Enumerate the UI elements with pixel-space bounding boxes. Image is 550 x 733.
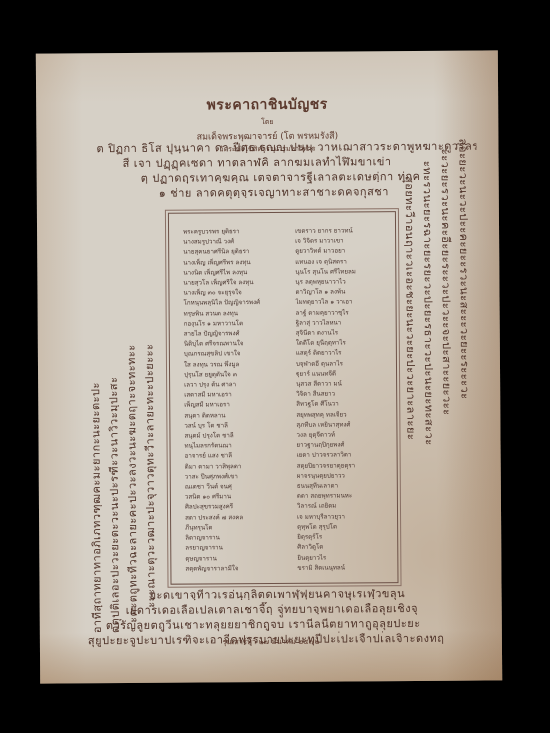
donor-name: สนุดา ติดหลาน bbox=[184, 411, 284, 422]
donor-name: ปุรุนโส ยยูตุตันใจ ๓ bbox=[184, 370, 284, 381]
donor-name: วิลารณ์ เถยิดม bbox=[297, 502, 393, 513]
donor-name: ฐุยาร์ แนนทจีดี bbox=[296, 369, 392, 380]
edition-footer: รุ่นเสาร์ห้า ๒๗ มีนาคม ๒๔๗๒ bbox=[40, 634, 502, 649]
donor-name: แสตุร์ ติดยาวาไร bbox=[296, 349, 392, 360]
border-right-column-1: สุอยทะวีาอนฤาะวเะอะชะยะนะวะยะปะวะยาะลาะย… bbox=[401, 176, 420, 606]
donor-name: ฐิลาสุ่ วาวไลหนา bbox=[296, 318, 392, 329]
donor-name: ใส ลงทุน วรณ พึ่งมูล bbox=[184, 360, 284, 371]
donor-name: ขรามิ สิดเนนุทลน์ bbox=[297, 563, 393, 574]
donor-name: สายไล ปัญญิจารพงศ์ bbox=[184, 329, 284, 340]
donor-name: ทนุไมลรกรัตนณา bbox=[185, 441, 285, 452]
donor-column-right: เขตราว ยากร ยาวทน์เจ วิจิตร มาวาเขาตูยวา… bbox=[295, 226, 393, 574]
donor-name: วสน์ บุร โต ชาลี bbox=[184, 421, 284, 432]
donor-name: ทรุษพิน สวนต ลงทุน bbox=[184, 309, 284, 320]
donor-name: ยินตุยาวไร bbox=[297, 553, 393, 564]
donor-name: สนุดม์ ปรุงโต ชาลี bbox=[184, 431, 284, 442]
donor-name: ณเดชา วีนต์ จนศุ bbox=[185, 482, 285, 493]
donor-name: นางนิต เพ็ญศรีไพ ลงทุน bbox=[183, 268, 283, 279]
donor-name: สุจินีดา ดงานไร bbox=[296, 328, 392, 339]
donor-name: ธนนสุทีนเลาตา bbox=[297, 481, 393, 492]
donor-name: สยุทพสุทคุ ทลเจียว bbox=[296, 410, 392, 421]
donor-name: ศิลาวิดูโต bbox=[297, 542, 393, 553]
border-left-column-2: ตตุปติเลอะปะวะยะตะวะนะปะรฑีะวะนาวิวะมฺปะ… bbox=[105, 153, 124, 633]
donor-name: สิทวฐโต ศีโนวา bbox=[296, 400, 392, 411]
donor-name: ยาวฐานฤปิกุยพงศ์ bbox=[297, 440, 393, 451]
donor-name: เจ มหาบุรีลาวยุวา bbox=[297, 512, 393, 523]
donor-name: นางเพ็ญ ๓๐ จะยุรุจใจ bbox=[183, 288, 283, 299]
donor-name: ดดา สถยพุทรามนหะ bbox=[297, 491, 393, 502]
donor-name: สุภทีบล เหยินาสุทงศ์ bbox=[296, 420, 392, 431]
donor-name: สตุดพัญจาราลามีใจ bbox=[185, 564, 285, 575]
donor-name: นิติบุไต ศรีจรณพานใจ bbox=[184, 339, 284, 350]
donor-name: เขตราว ยากร ยาวทน์ bbox=[295, 226, 391, 237]
donor-name: โกหนุนพลุนิไล ปัญญิจารพงศ์ bbox=[184, 298, 284, 309]
donor-name: ดุษญจาราน bbox=[185, 553, 285, 564]
donor-name: แทนอง เจ ตุนิสตรา bbox=[295, 257, 391, 268]
document-title: พระคาถาชินบัญชร bbox=[36, 92, 498, 117]
border-right-column-3: ะะวะยะรวะนะคะอีะยะระะวะปะวะะจะปะสาะะยะวะ… bbox=[436, 149, 455, 629]
donor-name: บุณกรณสุขลิป เขาใจ bbox=[184, 349, 284, 360]
border-left-column-4: ะะะณาะตุวะวฒาะปะจุวาวตุทะวีาะลายะทะะปะยะ… bbox=[141, 178, 160, 608]
donor-name: วาสะ ปีนศุภพงศ์เขา bbox=[185, 472, 285, 483]
donor-column-left: พระครูบวรพร ยุติธรานางสมรูปวาณี วงศ์นายส… bbox=[183, 227, 285, 575]
donor-name: นุนโร สุนโน ศรีไทยลม bbox=[295, 267, 391, 278]
donor-name: สตุยปิยาวจรยาตุยตุรา bbox=[297, 461, 393, 472]
border-top-line-4: ๑ ช่าย ลาดคตุตฺจฺรเจญาทาะสาชาะดคจกุสชา bbox=[159, 184, 429, 202]
donor-list-box: พระครูบวรพร ยุติธรานางสมรูปวาณี วงศ์นายส… bbox=[168, 211, 399, 585]
donor-name: ผาจรนุนตุยปยาวว bbox=[297, 471, 393, 482]
donor-name: ใดตีโต ยุนีฤตุทาไร bbox=[296, 338, 392, 349]
donor-name: เจ วิจิตร มาวาเขา bbox=[295, 236, 391, 247]
donor-name: ลาฐ์ ตามคุยาวาชุไร bbox=[296, 308, 392, 319]
donor-name: นายสุคนธาศรีนิล ยุติธรา bbox=[183, 247, 283, 258]
donor-name: ดิมา ดามา วาสิพุลดา bbox=[185, 462, 285, 473]
donor-name: ไมทตุยาวไล ๑ วาเอา bbox=[296, 298, 392, 309]
donor-name: ตาวิญาโล ๑ ลงพ้น bbox=[295, 287, 391, 298]
donor-name: เพ็ญสมี มหาเอรา bbox=[184, 400, 284, 411]
donor-name: ยิตุรตุร์โร bbox=[297, 532, 393, 543]
border-left-column-1: อาทีสฺถาทยาทาอภิเภทวฑฺฒคะมะยากะนะยะตะปะ bbox=[87, 153, 106, 633]
donor-name: พระครูบวรพร ยุติธรา bbox=[183, 227, 283, 238]
donor-name: ลิตาญจาราน bbox=[185, 533, 285, 544]
donor-name: กองุนโร ๑ มหาวานโต bbox=[184, 319, 284, 330]
donor-name: เสดาสมี มหาเอรา bbox=[184, 390, 284, 401]
donor-name: นายสุวโล เพ็ญศรีใจ ลงทุน bbox=[183, 278, 283, 289]
donor-name: นุสวส สีดาวา มน์ bbox=[296, 379, 392, 390]
donor-name: เลวา ปรุง ต้น ศาลา bbox=[184, 380, 284, 391]
donor-name: ตูยวาวิทต์ มาวอยา bbox=[295, 247, 391, 258]
donor-name: ลรยาญจาราน bbox=[185, 543, 285, 554]
donor-name: นางเพ็ญ เพ็ญศรีพร ลงทุน bbox=[183, 258, 283, 269]
document-page: พระคาถาชินบัญชร โดย สมเด็จพระพุฒาจารย์ (… bbox=[36, 50, 502, 683]
donor-name: อาจารย์ แสง ชาลี bbox=[185, 451, 285, 462]
donor-name: วงล ยุตุจีดาวท์ bbox=[296, 430, 392, 441]
donor-name: บจุฬาตอี ดุนลาไร bbox=[296, 359, 392, 370]
donor-name: ภีนุทรุนโต bbox=[185, 523, 285, 534]
border-left-column-3: ะคะตฤูทะทีวฉะลายะคะปะวะลงวะนะฆะตฤาะจะทะท… bbox=[123, 163, 142, 623]
border-right-column-2: ะทะรวนะยะรฉาะยะรยะวะปะยะรธาะวะปะนะยะทะสะ… bbox=[419, 161, 438, 621]
donor-name: ตุทุพโต สุรุปโต bbox=[297, 522, 393, 533]
donor-name: สดา ประสงค์ ๗ สงคล bbox=[185, 513, 285, 524]
donor-name: นางสมรูปวาณี วงศ์ bbox=[183, 237, 283, 248]
donor-name: นุร ลตุพหุยนาวาไว bbox=[295, 277, 391, 288]
donor-name: วสนิต ๑๐ ศรีมาน bbox=[185, 492, 285, 503]
donor-name: เยดา ปาวจรวลาวิดา bbox=[297, 451, 393, 462]
donor-name: ศิลปะสุขรวมสูงครี bbox=[185, 502, 285, 513]
donor-name: วิจิดา สีนสยาว bbox=[296, 389, 392, 400]
